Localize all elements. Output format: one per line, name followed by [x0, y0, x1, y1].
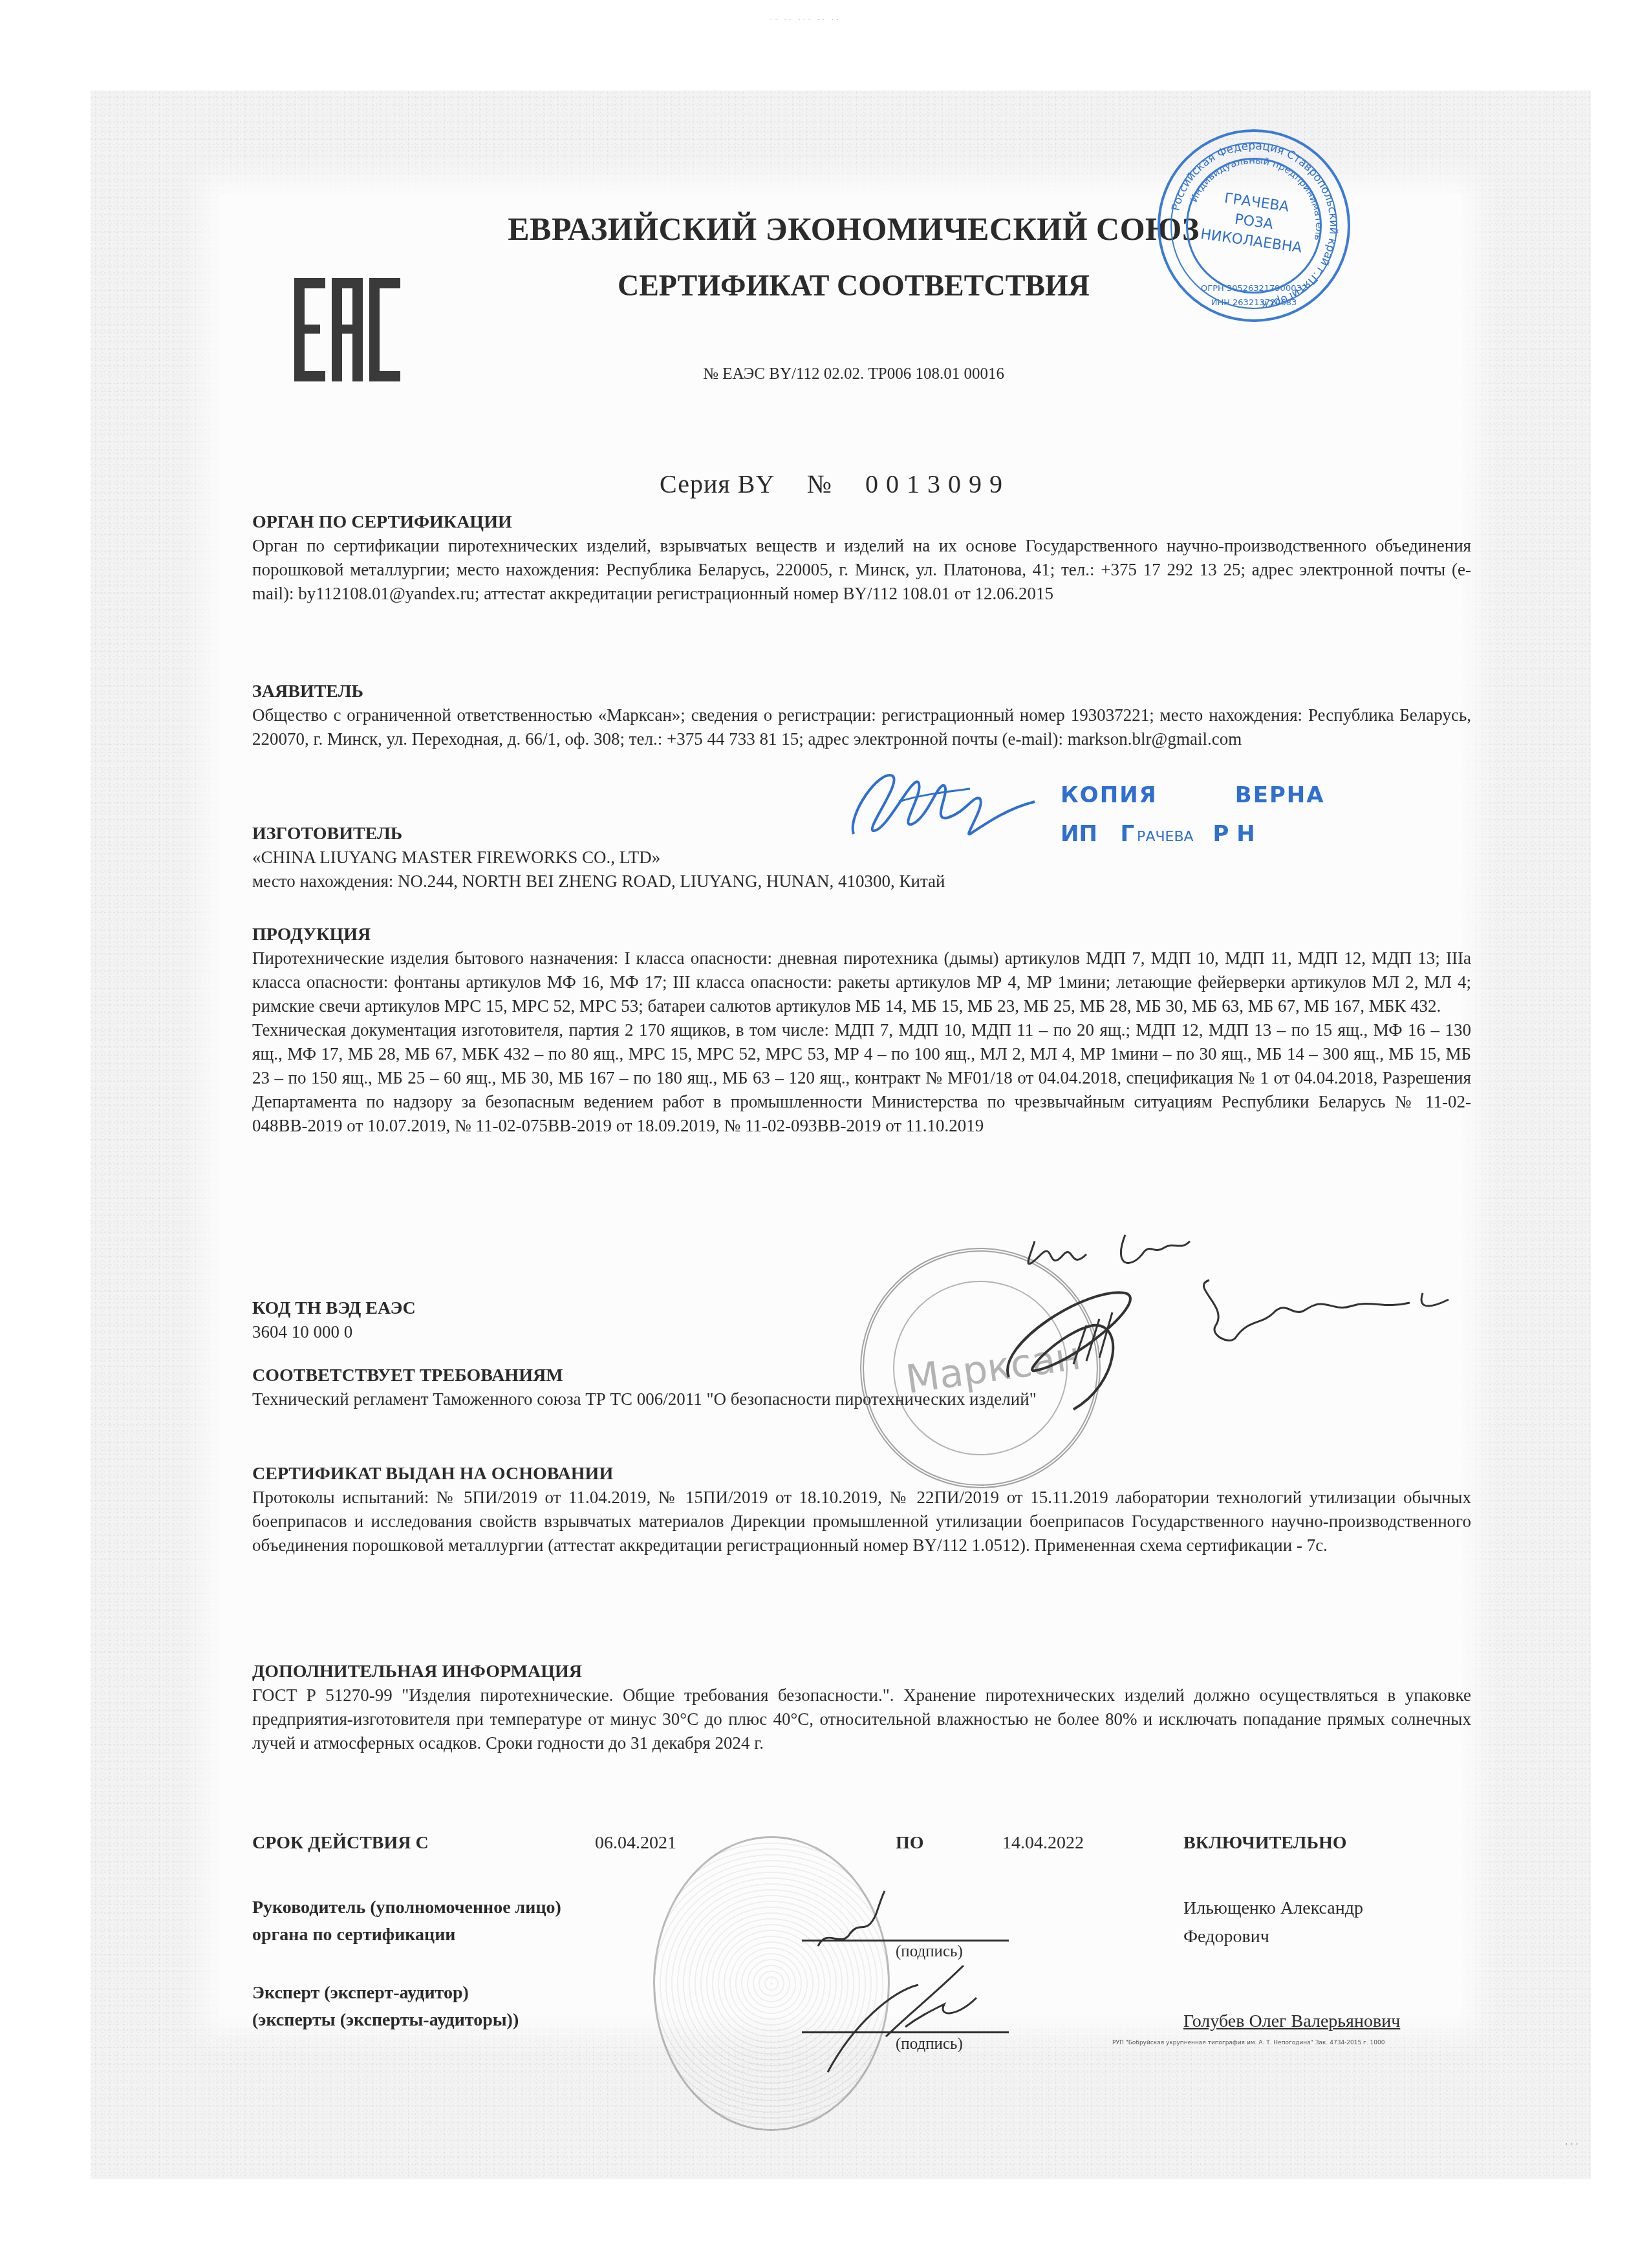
corner-mark: · · · — [1565, 2140, 1579, 2150]
section-applicant: ЗАЯВИТЕЛЬ Общество с ограниченной ответс… — [252, 680, 1471, 751]
section-additional-info: ДОПОЛНИТЕЛЬНАЯ ИНФОРМАЦИЯ ГОСТ Р 51270-9… — [252, 1660, 1471, 1755]
number-sign: № — [807, 469, 832, 498]
expert-signature-caption: (подпись) — [896, 2035, 963, 2053]
expert-signature-icon — [808, 1965, 1022, 2075]
section-issued-basis: СЕРТИФИКАТ ВЫДАН НА ОСНОВАНИИ Протоколы … — [252, 1462, 1471, 1557]
section-certification-body: ОРГАН ПО СЕРТИФИКАЦИИ Орган по сертифика… — [252, 511, 1471, 606]
manufacturer-name: «CHINA LIUYANG MASTER FIREWORKS CO., LTD… — [252, 846, 1471, 870]
series-number-line: Серия BY № 0013099 — [660, 469, 1010, 499]
series-number: 0013099 — [865, 469, 1010, 498]
certificate-title: СЕРТИФИКАТ СООТВЕТСТВИЯ — [498, 268, 1209, 303]
validity-from-date: 06.04.2021 — [595, 1833, 676, 1854]
section-text: ГОСТ Р 51270-99 "Изделия пиротехнические… — [252, 1684, 1471, 1755]
head-signatory-label: Руководитель (уполномоченное лицо) орган… — [252, 1894, 561, 1949]
union-title: ЕВРАЗИЙСКИЙ ЭКОНОМИЧЕСКИЙ СОЮЗ — [498, 210, 1209, 248]
section-heading: СЕРТИФИКАТ ВЫДАН НА ОСНОВАНИИ — [252, 1462, 1471, 1486]
validity-to-date: 14.04.2022 — [1002, 1833, 1084, 1854]
section-text: Орган по сертификации пиротехнических из… — [252, 534, 1471, 606]
section-heading: ДОПОЛНИТЕЛЬНАЯ ИНФОРМАЦИЯ — [252, 1660, 1471, 1684]
section-products: ПРОДУКЦИЯ Пиротехнические изделия бытово… — [252, 923, 1471, 1138]
head-signature-caption: (подпись) — [896, 1943, 963, 1961]
expert-signature-line — [802, 2031, 1009, 2033]
validity-to-label: ПО — [896, 1833, 924, 1854]
products-description: Пиротехнические изделия бытового назначе… — [252, 947, 1471, 1018]
section-manufacturer: ИЗГОТОВИТЕЛЬ «CHINA LIUYANG MASTER FIREW… — [252, 822, 1471, 893]
printer-note: РУП "Бобруйская укрупненная типография и… — [1112, 2040, 1385, 2046]
section-heading: ОРГАН ПО СЕРТИФИКАЦИИ — [252, 511, 1471, 534]
products-documentation: Техническая документация изготовителя, п… — [252, 1018, 1471, 1138]
validity-inclusive: ВКЛЮЧИТЕЛЬНО — [1183, 1833, 1347, 1854]
expert-signatory-name: Голубев Олег Валерьянович — [1183, 2007, 1400, 2036]
section-text: Общество с ограниченной ответственностью… — [252, 703, 1471, 751]
section-heading: ИЗГОТОВИТЕЛЬ — [252, 822, 1471, 846]
handwritten-signature-icon — [957, 1215, 1487, 1429]
section-text: Протоколы испытаний: № 5ПИ/2019 от 11.04… — [252, 1486, 1471, 1557]
section-heading: ЗАЯВИТЕЛЬ — [252, 680, 1471, 703]
head-signatory-name: Ильющенко Александр Федорович — [1183, 1894, 1363, 1951]
scan-mark: ·· ·· ··· ·· ·· — [770, 16, 860, 25]
section-heading: ПРОДУКЦИЯ — [252, 923, 1471, 947]
validity-label: СРОК ДЕЙСТВИЯ С — [252, 1833, 429, 1854]
manufacturer-address: место нахождения: NO.244, NORTH BEI ZHEN… — [252, 870, 1471, 893]
head-signature-line — [802, 1940, 1009, 1942]
eac-logo-icon — [294, 278, 402, 381]
head-signature-icon — [815, 1888, 886, 1952]
registration-number: № ЕАЭС BY/112 02.02. ТР006 108.01 00016 — [498, 365, 1209, 383]
expert-signatory-label: Эксперт (эксперт-аудитор) (эксперты (экс… — [252, 1980, 519, 2034]
series-label: Серия BY — [660, 469, 774, 498]
blue-seal-stamp: Российская Федерация Ставропольский край… — [1158, 129, 1350, 322]
